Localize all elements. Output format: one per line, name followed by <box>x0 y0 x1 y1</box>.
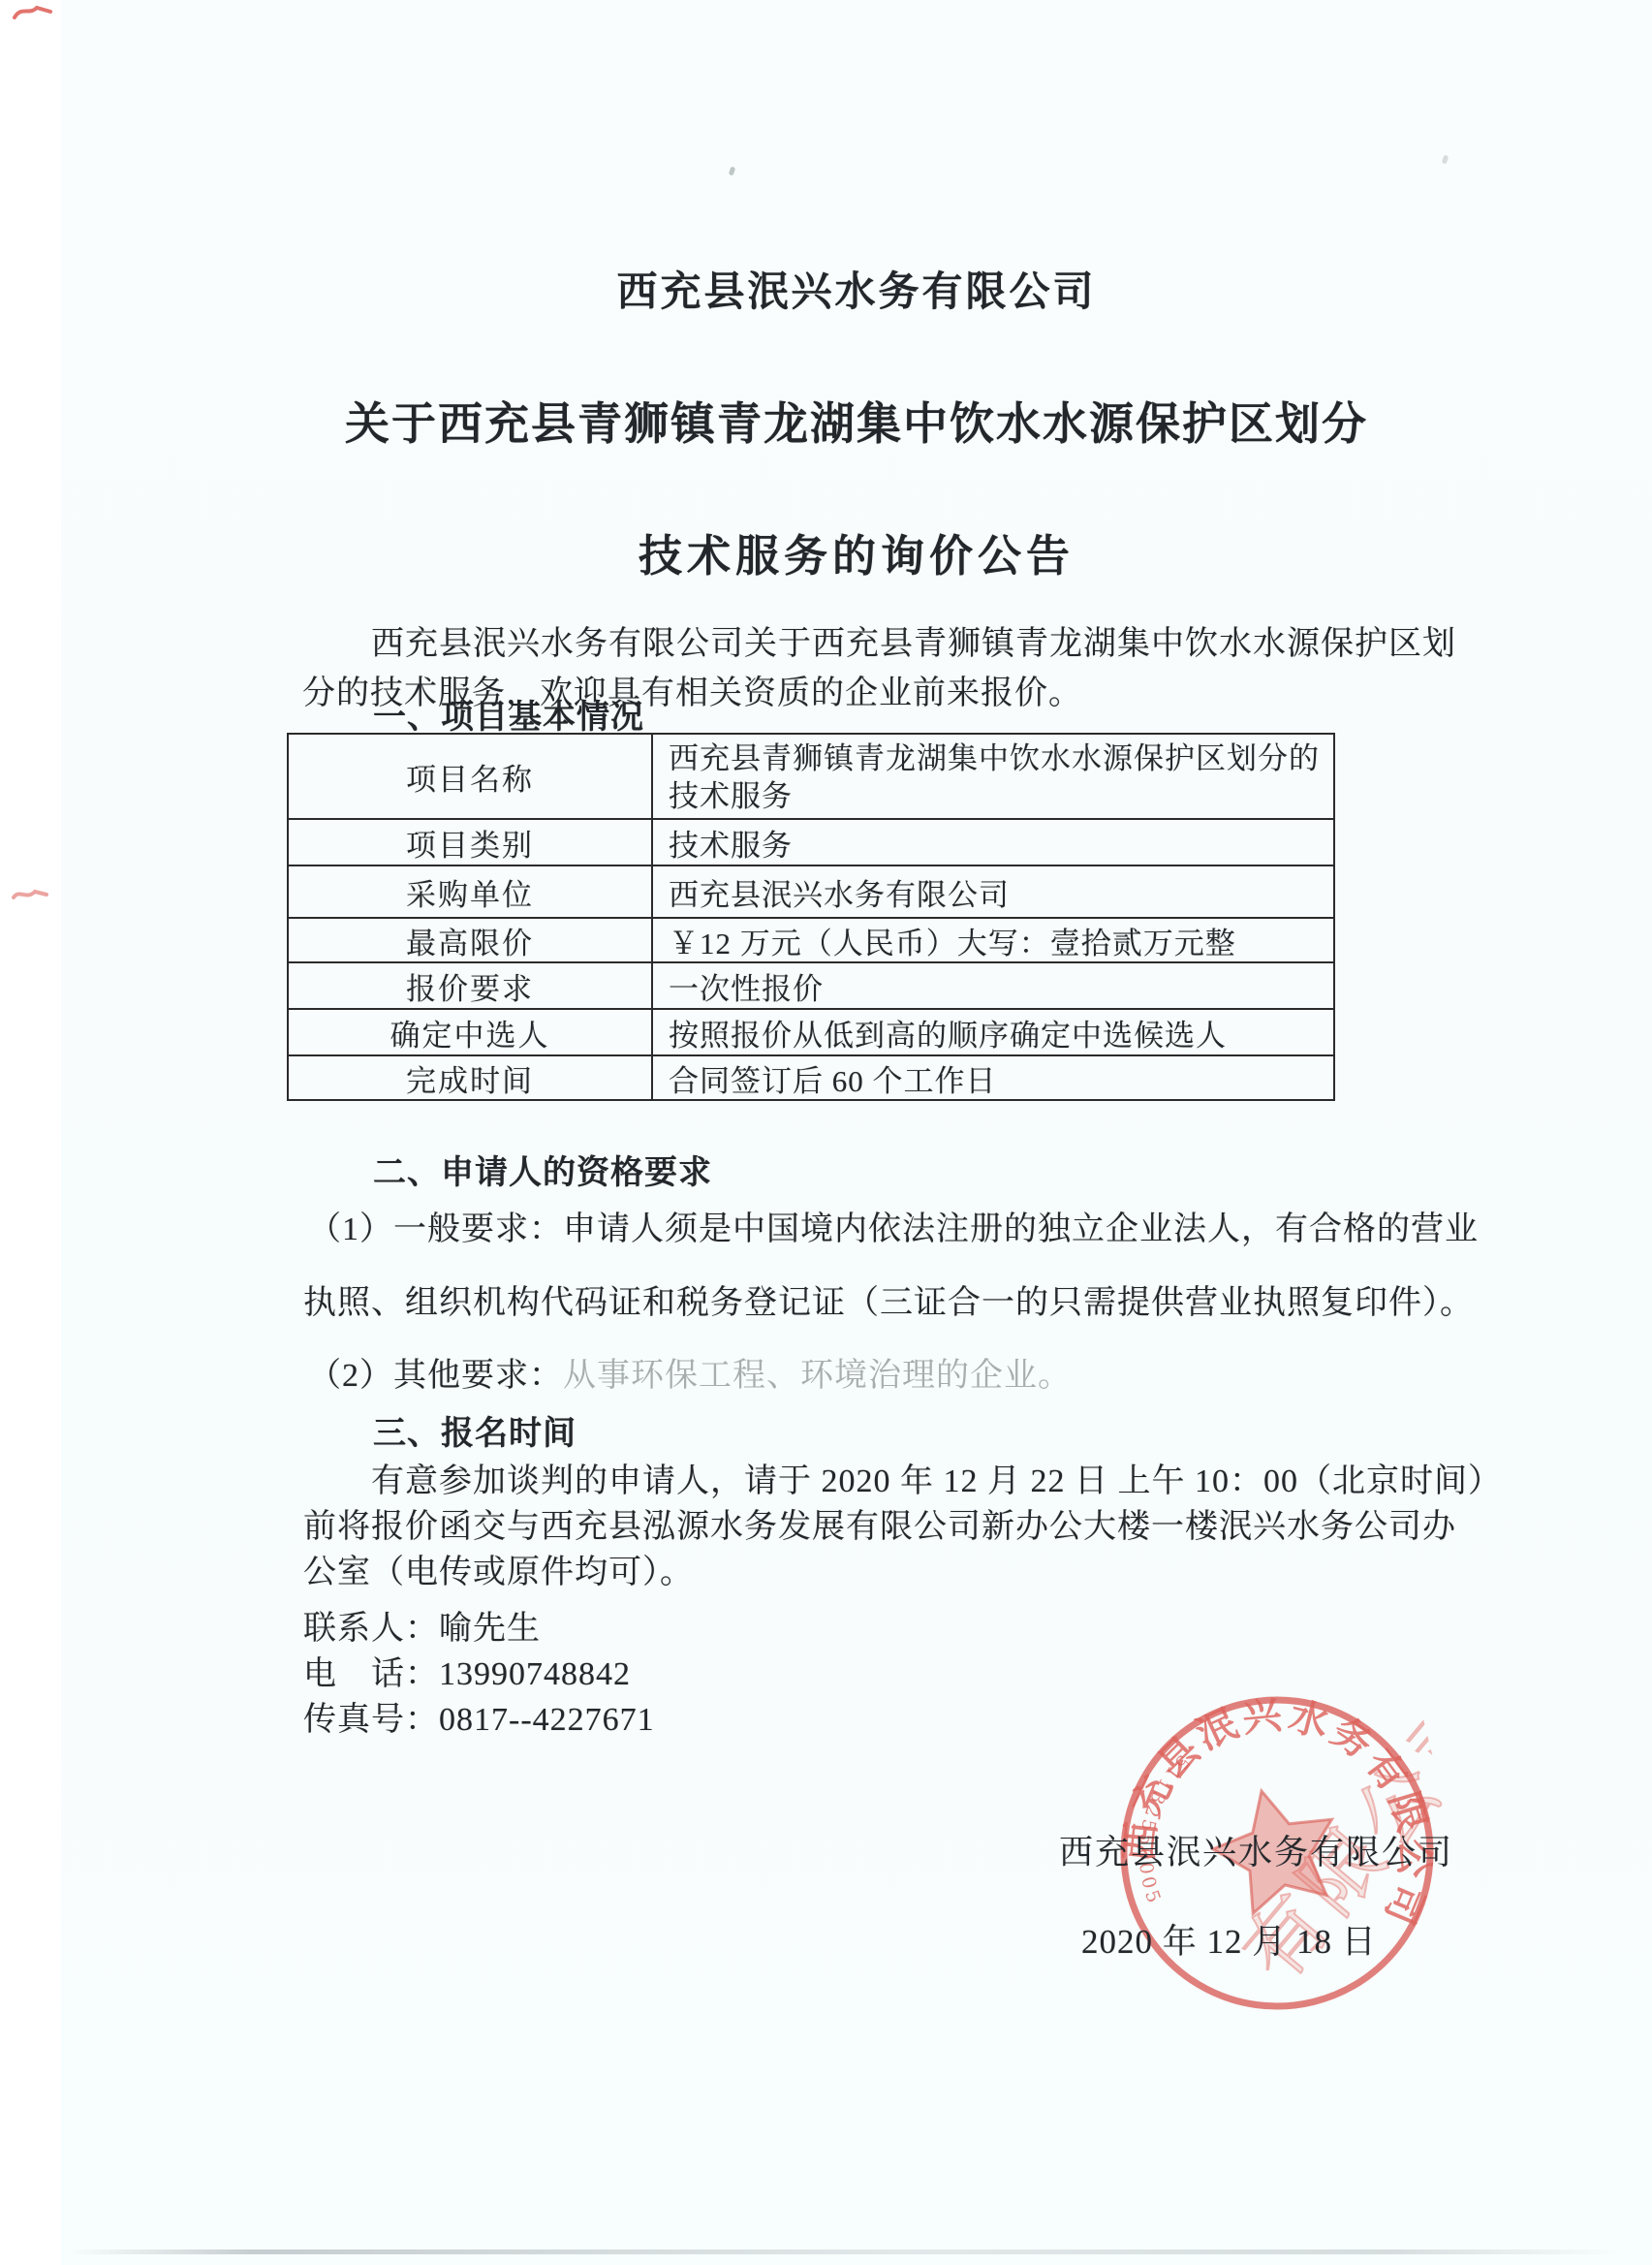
intro-paragraph-line1: 西充县泯兴水务有限公司关于西充县青狮镇青龙湖集中饮水水源保护区划 <box>371 616 1456 664</box>
table-row-label: 最高限价 <box>289 919 653 961</box>
table-row-value: 一次性报价 <box>653 963 1333 1008</box>
section1-heading: 一、项目基本情况 <box>373 690 644 738</box>
document-title-line2: 关于西充县青狮镇青龙湖集中饮水水源保护区划分 <box>61 389 1652 453</box>
signature-date: 2020 年 12 月 18 日 <box>1081 1915 1377 1964</box>
scanned-document-page: 西充县泯兴水务有限公司 关于西充县青狮镇青龙湖集中饮水水源保护区划分 技术服务的… <box>0 0 1652 2265</box>
table-row-label: 完成时间 <box>289 1056 653 1099</box>
signup-time-line2: 前将报价函交与西充县泓源水务发展有限公司新办公大楼一楼泯兴水务公司办 <box>303 1499 1456 1547</box>
contact-person: 联系人：喻先生 <box>303 1601 541 1649</box>
section3-heading: 三、报名时间 <box>373 1406 577 1454</box>
signup-time-line3: 公室（电传或原件均可）。 <box>303 1545 694 1592</box>
table-row-value: 技术服务 <box>653 820 1333 865</box>
table-row-label: 确定中选人 <box>289 1010 653 1054</box>
table-row: 项目名称 西充县青狮镇青龙湖集中饮水水源保护区划分的技术服务 <box>289 735 1333 818</box>
signature-company: 西充县泯兴水务有限公司 <box>1059 1826 1453 1874</box>
table-row-value: 合同签订后 60 个工作日 <box>653 1056 1333 1099</box>
requirement1-line1: （1）一般要求：申请人须是中国境内依法注册的独立企业法人，有合格的营业 <box>308 1202 1479 1249</box>
table-row-label: 采购单位 <box>289 866 653 917</box>
table-row-label: 项目类别 <box>289 820 653 865</box>
contact-fax: 传真号：0817--4227671 <box>303 1692 655 1740</box>
document-title-line3: 技术服务的询价公告 <box>61 520 1652 583</box>
table-row: 确定中选人 按照报价从低到高的顺序确定中选候选人 <box>289 1008 1333 1054</box>
contact-phone: 电 话：13990748842 <box>303 1647 631 1694</box>
table-row-value: 西充县青狮镇青龙湖集中饮水水源保护区划分的技术服务 <box>653 735 1333 818</box>
table-row-value: ￥12 万元（人民币）大写：壹拾贰万元整 <box>653 919 1333 961</box>
signup-time-line1: 有意参加谈判的申请人，请于 2020 年 12 月 22 日 上午 10：00（… <box>371 1454 1502 1501</box>
table-row: 完成时间 合同签订后 60 个工作日 <box>289 1054 1333 1099</box>
table-row: 项目类别 技术服务 <box>289 818 1333 865</box>
red-scan-mark-left-edge <box>12 884 50 907</box>
section2-heading: 二、申请人的资格要求 <box>373 1146 712 1193</box>
table-row: 报价要求 一次性报价 <box>289 961 1333 1008</box>
project-info-table: 项目名称 西充县青狮镇青龙湖集中饮水水源保护区划分的技术服务 项目类别 技术服务… <box>287 733 1335 1101</box>
table-row: 最高限价 ￥12 万元（人民币）大写：壹拾贰万元整 <box>289 917 1333 961</box>
table-row: 采购单位 西充县泯兴水务有限公司 <box>289 865 1333 917</box>
requirement2-line: （2）其他要求：从事环保工程、环境治理的企业。 <box>308 1348 1072 1396</box>
table-row-label: 项目名称 <box>289 735 653 818</box>
scanner-bottom-edge <box>68 2249 1618 2254</box>
requirement2-prefix: （2）其他要求： <box>308 1358 563 1394</box>
table-row-label: 报价要求 <box>289 963 653 1008</box>
requirement2-value-faded: 从事环保工程、环境治理的企业。 <box>563 1358 1072 1394</box>
table-row-value: 按照报价从低到高的顺序确定中选候选人 <box>653 1010 1333 1054</box>
red-scan-mark-top-left <box>12 2 54 23</box>
table-row-value: 西充县泯兴水务有限公司 <box>653 866 1333 917</box>
requirement1-line2: 执照、组织机构代码证和税务登记证（三证合一的只需提供营业执照复印件）。 <box>303 1275 1474 1323</box>
document-title-company: 西充县泯兴水务有限公司 <box>61 260 1652 318</box>
